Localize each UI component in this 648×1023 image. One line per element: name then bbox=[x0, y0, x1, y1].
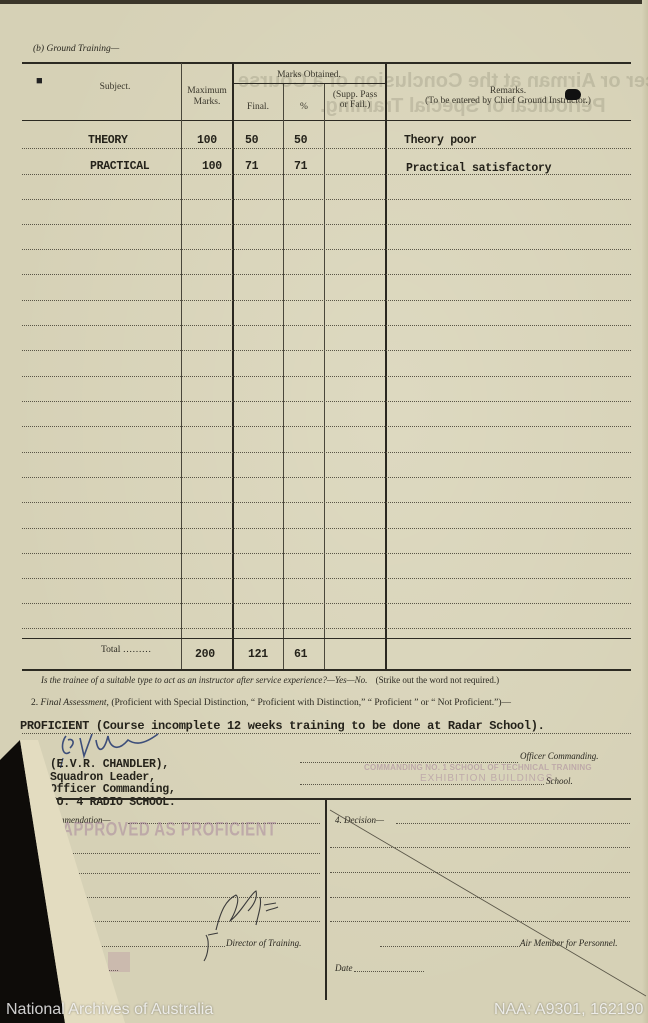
unit-stamp-line2: EXHIBITION BUILDINGS bbox=[420, 773, 553, 784]
header-marks-obtained: Marks Obtained. bbox=[233, 70, 385, 81]
final-assessment-options: (Proficient with Special Distinction, “ … bbox=[111, 698, 511, 708]
section-heading: (b) Ground Training— bbox=[33, 44, 119, 54]
cell-max-marks: 100 bbox=[197, 134, 217, 147]
cell-subject: PRACTICAL bbox=[90, 160, 149, 173]
cell-max-marks: 100 bbox=[202, 160, 222, 173]
table-header-bottom-rule bbox=[22, 120, 631, 121]
instructor-question-note: (Strike out the word not required.) bbox=[376, 675, 499, 685]
recommendation-line-2 bbox=[34, 853, 320, 854]
header-max-marks-2: Marks. bbox=[182, 97, 232, 108]
director-signature bbox=[196, 885, 296, 965]
recommendation-line-3 bbox=[40, 873, 320, 874]
annotation-mark: ■ bbox=[36, 75, 43, 87]
cell-subject: THEORY bbox=[88, 134, 128, 147]
ink-blot bbox=[565, 89, 581, 100]
header-remarks-2: (To be entered by Chief Ground Instructo… bbox=[386, 96, 630, 107]
cell-remarks: Practical satisfactory bbox=[406, 162, 551, 175]
approved-stamp: APPROVED AS PROFICIENT bbox=[62, 818, 277, 840]
page-top-edge bbox=[0, 0, 648, 4]
total-final: 121 bbox=[248, 648, 268, 661]
unit-stamp-line1: COMMANDING NO. 1 SCHOOL OF TECHNICAL TRA… bbox=[364, 763, 592, 772]
cell-percent: 71 bbox=[294, 160, 307, 173]
school-label: School. bbox=[546, 776, 573, 786]
final-assessment-label: 2. Final Assessment, (Proficient with Sp… bbox=[31, 698, 511, 708]
cell-final: 71 bbox=[245, 160, 258, 173]
table-bottom-rule bbox=[22, 669, 631, 671]
total-percent: 61 bbox=[294, 648, 307, 661]
cell-final: 50 bbox=[245, 134, 258, 147]
total-max-marks: 200 bbox=[195, 648, 215, 661]
final-assessment-number: 2. bbox=[31, 698, 38, 708]
document-page: Report on Officer or Airman at the Concl… bbox=[0, 0, 648, 1023]
cell-remarks: Theory poor bbox=[404, 134, 477, 147]
instructor-question: Is the trainee of a suitable type to act… bbox=[41, 675, 499, 685]
signatory-role: Officer Commanding, bbox=[50, 784, 175, 797]
officer-commanding-label: Officer Commanding. bbox=[520, 751, 599, 761]
final-assessment-title: Final Assessment, bbox=[41, 698, 109, 708]
instructor-question-text: Is the trainee of a suitable type to act… bbox=[41, 675, 367, 685]
header-max-marks-1: Maximum bbox=[182, 86, 232, 97]
total-top-rule bbox=[22, 638, 631, 639]
header-final: Final. bbox=[233, 102, 283, 113]
header-supp-2: or Fail.) bbox=[325, 100, 385, 111]
header-subject: Subject. bbox=[60, 82, 170, 93]
school-line bbox=[300, 784, 544, 785]
signatory-block: (E.V.R. CHANDLER), Squadron Leader, Offi… bbox=[50, 759, 175, 809]
bottom-section-divider bbox=[325, 800, 327, 1000]
faded-stamp-fragment bbox=[108, 952, 130, 972]
decision-strike-line bbox=[328, 808, 648, 998]
table-top-rule bbox=[22, 62, 631, 64]
total-label: Total ……… bbox=[101, 645, 151, 655]
cell-percent: 50 bbox=[294, 134, 307, 147]
marks-obtained-subrule bbox=[233, 83, 385, 84]
header-percent: % bbox=[284, 102, 324, 113]
archive-reference: NAA: A9301, 162190 bbox=[494, 1001, 643, 1019]
signatory-name: (E.V.R. CHANDLER), bbox=[50, 759, 175, 772]
archive-name: National Archives of Australia bbox=[6, 1001, 213, 1019]
